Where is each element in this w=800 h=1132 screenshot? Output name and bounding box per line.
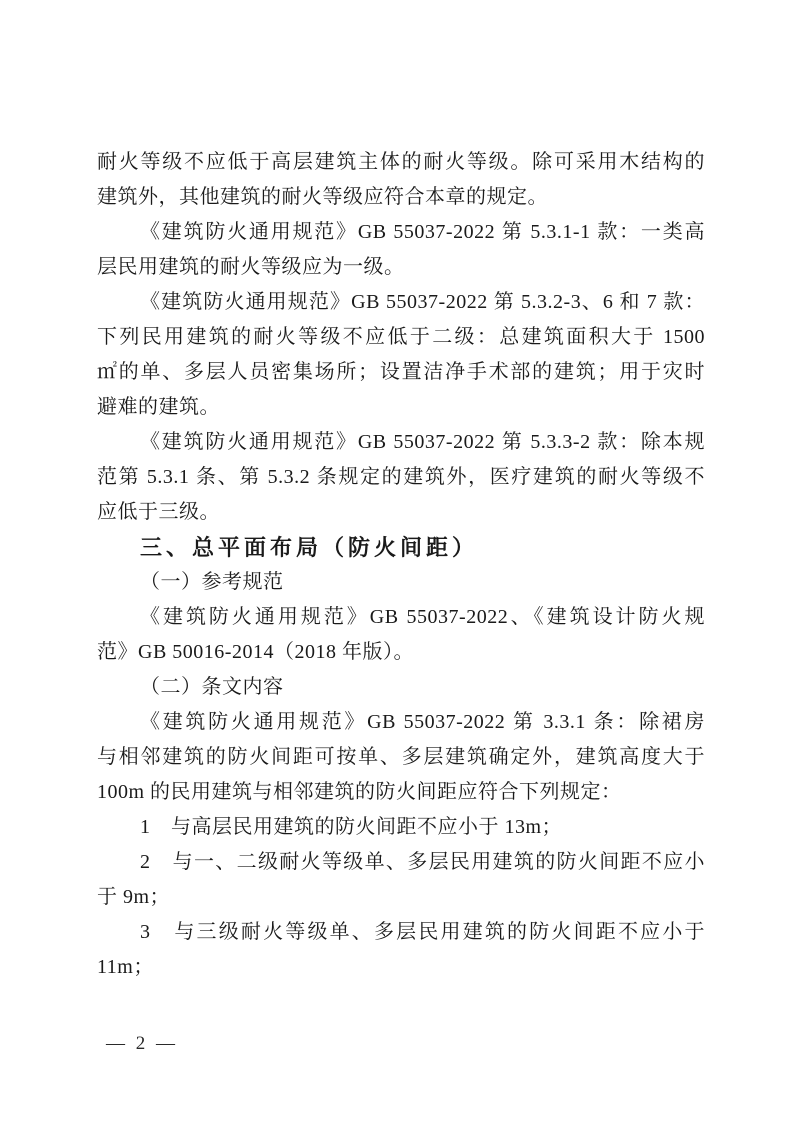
document-page: 耐火等级不应低于高层建筑主体的耐火等级。除可采用木结构的 建筑外，其他建筑的耐火… <box>0 0 800 1132</box>
text-line: 与相邻建筑的防火间距可按单、多层建筑确定外，建筑高度大于 <box>97 740 705 775</box>
text-line: 应低于三级。 <box>97 495 705 530</box>
list-item-line: 2 与一、二级耐火等级单、多层民用建筑的防火间距不应小 <box>97 845 705 880</box>
text-line: 《建筑防火通用规范》GB 55037-2022、《建筑设计防火规 <box>97 600 705 635</box>
text-line: ㎡的单、多层人员密集场所；设置洁净手术部的建筑；用于灾时 <box>97 355 705 390</box>
text-line: 《建筑防火通用规范》GB 55037-2022 第 3.3.1 条：除裙房 <box>97 705 705 740</box>
text-line: 避难的建筑。 <box>97 390 705 425</box>
subsection-heading: （一）参考规范 <box>97 565 705 600</box>
text-line: 建筑外，其他建筑的耐火等级应符合本章的规定。 <box>97 180 705 215</box>
section-heading: 三、总平面布局（防火间距） <box>97 530 705 565</box>
text-line: 《建筑防火通用规范》GB 55037-2022 第 5.3.3-2 款：除本规 <box>97 425 705 460</box>
list-item-line: 11m； <box>97 950 705 985</box>
text-line: 下列民用建筑的耐火等级不应低于二级：总建筑面积大于 1500 <box>97 320 705 355</box>
text-line: 范》GB 50016-2014（2018 年版）。 <box>97 635 705 670</box>
text-line: 《建筑防火通用规范》GB 55037-2022 第 5.3.2-3、6 和 7 … <box>97 285 705 320</box>
page-number: — 2 — <box>106 1033 178 1055</box>
subsection-heading: （二）条文内容 <box>97 670 705 705</box>
document-body: 耐火等级不应低于高层建筑主体的耐火等级。除可采用木结构的 建筑外，其他建筑的耐火… <box>97 145 705 985</box>
text-line: 耐火等级不应低于高层建筑主体的耐火等级。除可采用木结构的 <box>97 145 705 180</box>
text-line: 《建筑防火通用规范》GB 55037-2022 第 5.3.1-1 款：一类高 <box>97 215 705 250</box>
list-item-line: 3 与三级耐火等级单、多层民用建筑的防火间距不应小于 <box>97 915 705 950</box>
text-line: 范第 5.3.1 条、第 5.3.2 条规定的建筑外，医疗建筑的耐火等级不 <box>97 460 705 495</box>
text-line: 100m 的民用建筑与相邻建筑的防火间距应符合下列规定： <box>97 775 705 810</box>
list-item-line: 1 与高层民用建筑的防火间距不应小于 13m； <box>97 810 705 845</box>
text-line: 层民用建筑的耐火等级应为一级。 <box>97 250 705 285</box>
list-item-line: 于 9m； <box>97 880 705 915</box>
